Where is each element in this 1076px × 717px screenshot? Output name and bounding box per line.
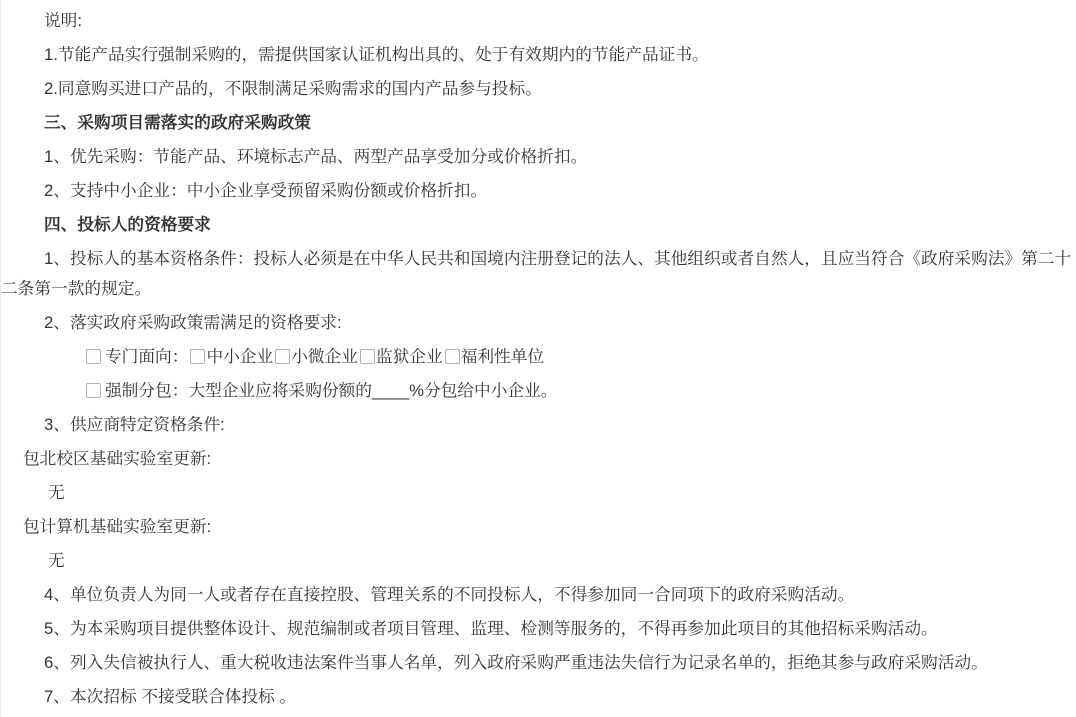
section-heading-qualifications: 四、投标人的资格要求 (1, 210, 1076, 240)
note-energy-products: 1.节能产品实行强制采购的，需提供国家认证机构出具的、处于有效期内的节能产品证书… (1, 40, 1076, 70)
dedicated-label: 专门面向： (105, 347, 188, 366)
qualification-policy: 2、落实政府采购政策需满足的资格要求: (1, 308, 1076, 338)
section-heading-policies: 三、采购项目需落实的政府采购政策 (1, 108, 1076, 138)
checkbox-micro-enterprise[interactable] (275, 349, 290, 364)
notes-label: 说明: (1, 6, 1076, 36)
checkbox-prison-enterprise[interactable] (360, 349, 375, 364)
qualification-basic: 1、投标人的基本资格条件：投标人必须是在中华人民共和国境内注册登记的法人、其他组… (1, 244, 1076, 304)
dedicated-options-line: 专门面向：中小企业小微企业监狱企业福利性单位 (1, 342, 1076, 372)
note-imported-products: 2.同意购买进口产品的，不限制满足采购需求的国内产品参与投标。 (1, 74, 1076, 104)
package-value-computer-lab: 无 (1, 546, 1076, 576)
subcontract-blank: ____ (372, 381, 409, 400)
subcontract-line: 强制分包：大型企业应将采购份额的____%分包给中小企业。 (1, 376, 1076, 406)
qualification-specific: 3、供应商特定资格条件: (1, 410, 1076, 440)
qualification-consortium: 7、本次招标 不接受联合体投标 。 (1, 682, 1076, 712)
qualification-blacklist: 6、列入失信被执行人、重大税收违法案件当事人名单，列入政府采购严重违法失信行为记… (1, 648, 1076, 678)
policy-support-sme: 2、支持中小企业：中小企业享受预留采购份额或价格折扣。 (1, 176, 1076, 206)
checkbox-welfare-unit[interactable] (445, 349, 460, 364)
option-micro-label: 小微企业 (291, 347, 358, 366)
option-sme-label: 中小企业 (206, 347, 273, 366)
subcontract-text-after: %分包给中小企业。 (409, 381, 557, 400)
policy-priority-purchase: 1、优先采购：节能产品、环境标志产品、两型产品享受加分或价格折扣。 (1, 142, 1076, 172)
procurement-document: 说明: 1.节能产品实行强制采购的，需提供国家认证机构出具的、处于有效期内的节能… (1, 0, 1076, 712)
package-name-north-campus: 包北校区基础实验室更新: (1, 444, 1076, 474)
checkbox-dedicated[interactable] (86, 349, 101, 364)
subcontract-text-before: 大型企业应将采购份额的 (188, 381, 372, 400)
subcontract-label: 强制分包： (105, 381, 188, 400)
qualification-design-service: 5、为本采购项目提供整体设计、规范编制或者项目管理、监理、检测等服务的，不得再参… (1, 614, 1076, 644)
package-name-computer-lab: 包计算机基础实验室更新: (1, 512, 1076, 542)
option-welfare-label: 福利性单位 (461, 347, 544, 366)
checkbox-subcontract[interactable] (86, 383, 101, 398)
package-value-north-campus: 无 (1, 478, 1076, 508)
checkbox-sme[interactable] (190, 349, 205, 364)
qualification-same-person: 4、单位负责人为同一人或者存在直接控股、管理关系的不同投标人，不得参加同一合同项… (1, 580, 1076, 610)
option-prison-label: 监狱企业 (376, 347, 443, 366)
